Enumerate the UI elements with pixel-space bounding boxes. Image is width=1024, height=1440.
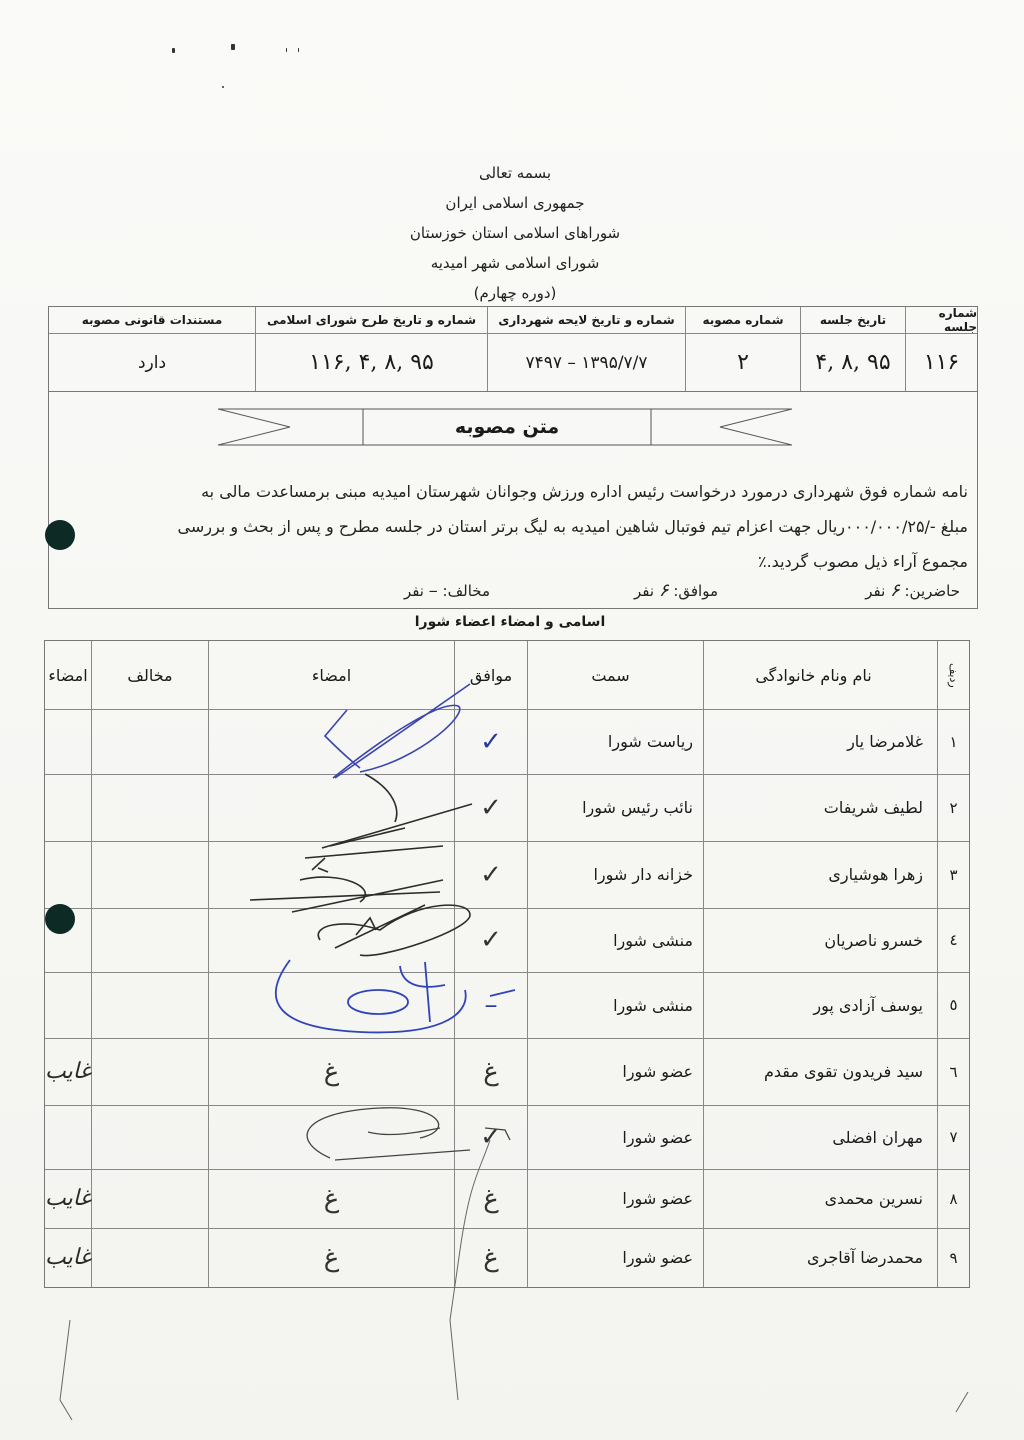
- oppose-cell: [91, 1169, 208, 1228]
- table-row: ٥ یوسف آزادی پور منشی شورا –: [45, 972, 969, 1039]
- punch-hole: [45, 904, 75, 934]
- row-index: ٦: [937, 1038, 969, 1105]
- col-signature-2: امضاء: [45, 641, 91, 709]
- agree-checkmark-icon: ✓: [454, 774, 527, 841]
- signature-2-cell: [45, 1105, 91, 1169]
- table-row: ٤ خسرو ناصریان منشی شورا ✓: [45, 908, 969, 973]
- row-index: ٩: [937, 1228, 969, 1287]
- oppose-value: –: [429, 580, 438, 601]
- resolution-text: نامه شماره فوق شهرداری درمورد درخواست رئ…: [56, 474, 968, 579]
- resolution-line: مبلغ -/۰۰۰/۰۰۰/۲۵ریال جهت اعزام تیم فوتب…: [56, 509, 968, 544]
- members-table-title: اسامی و امضاء اعضاء شورا: [330, 614, 690, 630]
- resolution-number-value: ۲: [685, 334, 800, 391]
- resolution-title-banner: متن مصوبه: [218, 408, 792, 446]
- table-row: ٧ مهران افضلی عضو شورا ✓: [45, 1105, 969, 1170]
- legal-documents-value: دارد: [49, 334, 255, 391]
- signature-cell: غ: [208, 1228, 454, 1287]
- vote-oppose: مخالف: – نفر: [404, 580, 490, 606]
- agree-checkmark-icon: ✓: [454, 1105, 527, 1169]
- session-number-value: ۱۱۶: [905, 334, 977, 391]
- row-index: ٧: [937, 1105, 969, 1169]
- scan-speck: [298, 48, 299, 52]
- signature-cell: غ: [208, 1169, 454, 1228]
- punch-hole: [45, 520, 75, 550]
- absent-note: غایب: [45, 1038, 91, 1105]
- scan-speck: [222, 86, 224, 88]
- header-session-date: تاریخ جلسه: [800, 307, 905, 334]
- member-role: منشی شورا: [527, 908, 703, 972]
- oppose-cell: [91, 908, 208, 972]
- member-name: غلامرضا یار: [703, 709, 937, 774]
- col-oppose: مخالف: [91, 641, 208, 709]
- session-date-value: ۹۵ ,۸ ,۴: [800, 334, 905, 391]
- absent-mark: غ: [454, 1228, 527, 1287]
- header-council-plan: شماره و تاریخ طرح شورای اسلامی: [255, 307, 487, 334]
- member-name: زهرا هوشیاری: [703, 841, 937, 908]
- col-signature: امضاء: [208, 641, 454, 709]
- vote-agree: موافق: ۶ نفر: [634, 580, 718, 606]
- council-plan-value: ۹۵ ,۸ ,۴ ,۱۱۶: [255, 334, 487, 391]
- signature-cell: [208, 908, 454, 972]
- scan-speck: [231, 44, 235, 50]
- members-table-header: ردیف نام ونام خانوادگی سمت موافق امضاء م…: [45, 641, 969, 710]
- agree-checkmark-icon: ✓: [454, 709, 527, 774]
- member-role: نائب رئیس شورا: [527, 774, 703, 841]
- member-name: محمدرضا آقاجری: [703, 1228, 937, 1287]
- member-role: عضو شورا: [527, 1228, 703, 1287]
- oppose-cell: [91, 841, 208, 908]
- resolution-title: متن مصوبه: [363, 408, 651, 446]
- signature-cell: [208, 972, 454, 1038]
- signature-2-cell: [45, 972, 91, 1038]
- letterhead-term: (دوره چهارم): [330, 278, 700, 308]
- member-name: لطیف شریفات: [703, 774, 937, 841]
- agree-checkmark-icon: ✓: [454, 841, 527, 908]
- member-role: منشی شورا: [527, 972, 703, 1038]
- member-role: ریاست شورا: [527, 709, 703, 774]
- oppose-cell: [91, 972, 208, 1038]
- letterhead: بسمه تعالی جمهوری اسلامی ایران شوراهای ا…: [330, 158, 700, 308]
- signature-cell: [208, 774, 454, 841]
- letterhead-city-council: شورای اسلامی شهر امیدیه: [330, 248, 700, 278]
- row-index: ٥: [937, 972, 969, 1038]
- members-table: ردیف نام ونام خانوادگی سمت موافق امضاء م…: [44, 640, 970, 1288]
- resolution-line: نامه شماره فوق شهرداری درمورد درخواست رئ…: [56, 474, 968, 509]
- resolution-line: مجموع آراء ذیل مصوب گردید.٪: [56, 544, 968, 579]
- member-name: خسرو ناصریان: [703, 908, 937, 972]
- row-index: ٤: [937, 908, 969, 972]
- absent-mark: غ: [454, 1038, 527, 1105]
- table-row: ٦ سید فریدون تقوی مقدم عضو شورا غ غ غایب: [45, 1038, 969, 1106]
- agree-dash-mark: –: [454, 972, 527, 1038]
- row-index: ٨: [937, 1169, 969, 1228]
- signature-cell: [208, 709, 454, 774]
- signature-2-cell: [45, 709, 91, 774]
- oppose-cell: [91, 709, 208, 774]
- scanned-page: بسمه تعالی جمهوری اسلامی ایران شوراهای ا…: [0, 0, 1024, 1440]
- absent-note: غایب: [45, 1228, 91, 1287]
- absent-note: غایب: [45, 1169, 91, 1228]
- oppose-cell: [91, 1038, 208, 1105]
- signature-2-cell: [45, 774, 91, 841]
- oppose-cell: [91, 1105, 208, 1169]
- letterhead-country: جمهوری اسلامی ایران: [330, 188, 700, 218]
- member-name: نسرین محمدی: [703, 1169, 937, 1228]
- row-index: ۲: [937, 774, 969, 841]
- signature-cell: [208, 841, 454, 908]
- agree-value: ۶: [659, 580, 669, 601]
- col-role: سمت: [527, 641, 703, 709]
- oppose-cell: [91, 1228, 208, 1287]
- member-name: یوسف آزادی پور: [703, 972, 937, 1038]
- table-row: ۲ لطیف شریفات نائب رئیس شورا ✓: [45, 774, 969, 842]
- resolution-meta-table: شماره جلسه تاریخ جلسه شماره مصوبه شماره …: [48, 306, 978, 392]
- signature-cell: [208, 1105, 454, 1169]
- member-role: عضو شورا: [527, 1038, 703, 1105]
- header-session-number: شماره جلسه: [905, 307, 977, 334]
- col-name: نام ونام خانوادگی: [703, 641, 937, 709]
- member-role: عضو شورا: [527, 1169, 703, 1228]
- header-resolution-number: شماره مصوبه: [685, 307, 800, 334]
- member-role: عضو شورا: [527, 1105, 703, 1169]
- scan-speck: [286, 48, 287, 52]
- col-agree: موافق: [454, 641, 527, 709]
- oppose-unit: نفر: [404, 582, 424, 600]
- member-name: مهران افضلی: [703, 1105, 937, 1169]
- table-row: ٩ محمدرضا آقاجری عضو شورا غ غ غایب: [45, 1228, 969, 1287]
- table-row: ٨ نسرین محمدی عضو شورا غ غ غایب: [45, 1169, 969, 1229]
- col-index: ردیف: [937, 641, 969, 709]
- row-index: ۱: [937, 709, 969, 774]
- present-value: ۶: [890, 580, 900, 601]
- signature-2-cell: [45, 841, 91, 908]
- row-index: ۳: [937, 841, 969, 908]
- oppose-label: مخالف:: [443, 582, 490, 600]
- agree-checkmark-icon: ✓: [454, 908, 527, 972]
- letterhead-province-councils: شوراهای اسلامی استان خوزستان: [330, 218, 700, 248]
- agree-unit: نفر: [634, 582, 654, 600]
- member-role: خزانه دار شورا: [527, 841, 703, 908]
- agree-label: موافق:: [673, 582, 718, 600]
- absent-mark: غ: [454, 1169, 527, 1228]
- present-label: حاضرین:: [904, 582, 960, 600]
- member-name: سید فریدون تقوی مقدم: [703, 1038, 937, 1105]
- header-municipality-bill: شماره و تاریخ لایحه شهرداری: [487, 307, 685, 334]
- table-row: ۳ زهرا هوشیاری خزانه دار شورا ✓: [45, 841, 969, 909]
- municipality-bill-value: ۱۳۹۵/۷/۷ – ۷۴۹۷: [487, 334, 685, 391]
- vote-present: حاضرین: ۶ نفر: [865, 580, 960, 606]
- header-legal-documents: مستندات قانونی مصوبه: [49, 307, 255, 334]
- table-row: ۱ غلامرضا یار ریاست شورا ✓: [45, 709, 969, 775]
- oppose-cell: [91, 774, 208, 841]
- present-unit: نفر: [865, 582, 885, 600]
- signature-cell: غ: [208, 1038, 454, 1105]
- scan-speck: [172, 48, 175, 53]
- letterhead-basmala: بسمه تعالی: [330, 158, 700, 188]
